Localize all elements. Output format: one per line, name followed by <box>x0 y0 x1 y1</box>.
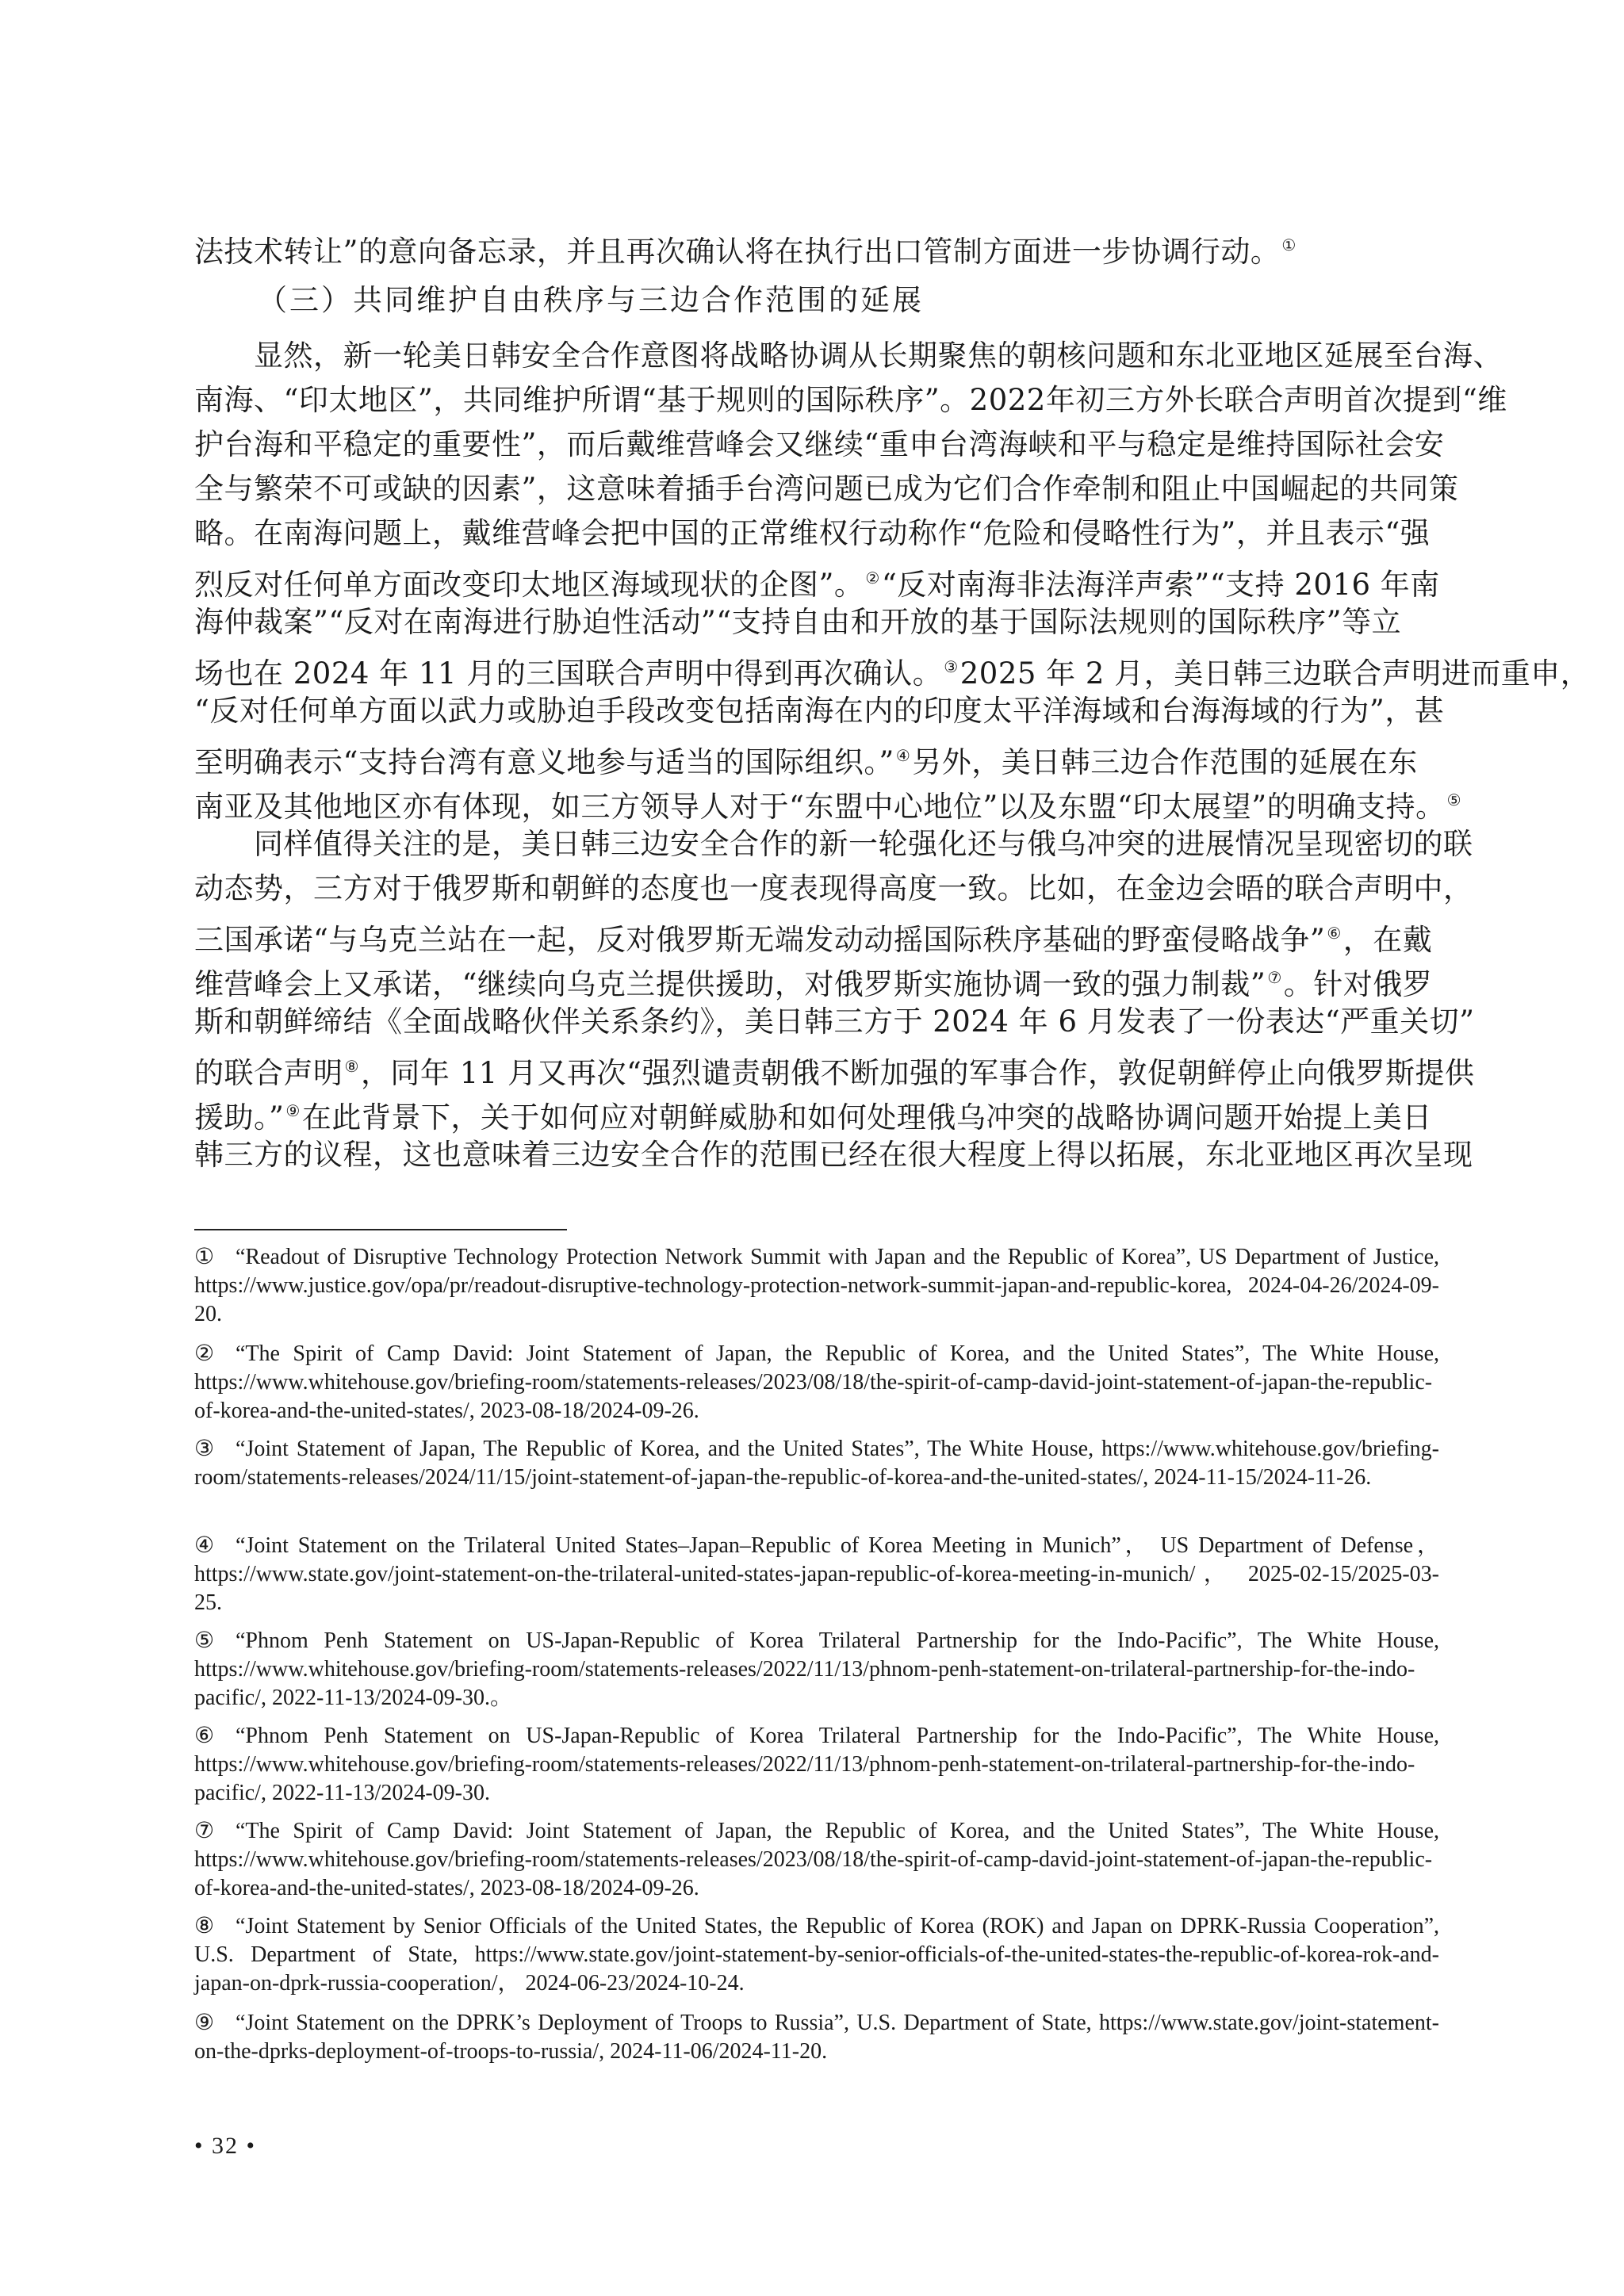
section-heading: （三）共同维护自由秩序与三边合作范围的延展 <box>258 283 924 318</box>
footnote-ref-7[interactable]: ⑦ <box>1267 968 1281 987</box>
footnote-4: ④“Joint Statement on the Trilateral Unit… <box>194 1532 1439 1617</box>
paragraph-1-line-6: 烈反对任何单方面改变印太地区海域现状的企图”。②“反对南海非法海洋声索”“支持 … <box>194 561 1439 603</box>
footnote-mark: ② <box>194 1340 236 1368</box>
paragraph-2-line-2: 动态势，三方对于俄罗斯和朝鲜的态度也一度表现得高度一致。比如，在金边会晤的联合声… <box>194 871 1439 906</box>
footnote-9: ⑨“Joint Statement on the DPRK’s Deployme… <box>194 2009 1439 2066</box>
footnote-mark: ③ <box>194 1435 236 1464</box>
footnote-6: ⑥“Phnom Penh Statement on US-Japan-Repub… <box>194 1722 1439 1808</box>
footnote-mark: ⑤ <box>194 1627 236 1655</box>
paragraph-1-line-11: 南亚及其他地区亦有体现，如三方领导人对于“东盟中心地位”以及东盟“印太展望”的明… <box>194 783 1439 825</box>
footnote-ref-3[interactable]: ③ <box>944 657 958 676</box>
paragraph-1-line-4: 全与繁荣不可或缺的因素”，这意味着插手台湾问题已成为它们合作牵制和阻止中国崛起的… <box>194 472 1439 507</box>
paragraph-1-line-2: 南海、“印太地区”，共同维护所谓“基于规则的国际秩序”。2022年初三方外长联合… <box>194 383 1439 418</box>
paragraph-2-line-5: 斯和朝鲜缔结《全面战略伙伴关系条约》，美日韩三方于 2024 年 6 月发表了一… <box>194 1004 1439 1039</box>
footnote-7: ⑦“The Spirit of Camp David: Joint Statem… <box>194 1817 1439 1903</box>
paragraph-1-line-10: 至明确表示“支持台湾有意义地参与适当的国际组织。”④另外，美日韩三边合作范围的延… <box>194 738 1439 780</box>
footnote-ref-9[interactable]: ⑨ <box>285 1101 300 1120</box>
footnote-mark: ⑧ <box>194 1912 236 1941</box>
footnote-ref-2[interactable]: ② <box>865 568 879 587</box>
footnote-3: ③“Joint Statement of Japan, The Republic… <box>194 1435 1439 1492</box>
footnote-2: ②“The Spirit of Camp David: Joint Statem… <box>194 1340 1439 1425</box>
paragraph-1-line-1: 显然，新一轮美日韩安全合作意图将战略协调从长期聚焦的朝核问题和东北亚地区延展至台… <box>254 339 1499 373</box>
paragraph-1-line-5: 略。在南海问题上，戴维营峰会把中国的正常维权行动称作“危险和侵略性行为”，并且表… <box>194 516 1439 551</box>
footnote-5: ⑤“Phnom Penh Statement on US-Japan-Repub… <box>194 1627 1439 1712</box>
paragraph-2-line-4: 维营峰会上又承诺，“继续向乌克兰提供援助，对俄罗斯实施协调一致的强力制裁”⑦。针… <box>194 960 1439 1002</box>
paragraph-2-line-3: 三国承诺“与乌克兰站在一起，反对俄罗斯无端发动动摇国际秩序基础的野蛮侵略战争”⑥… <box>194 916 1439 958</box>
paragraph-1-line-7: 海仲裁案”“反对在南海进行胁迫性活动”“支持自由和开放的基于国际法规则的国际秩序… <box>194 605 1439 640</box>
paragraph-1-line-3: 护台海和平稳定的重要性”，而后戴维营峰会又继续“重申台湾海峡和平与稳定是维持国际… <box>194 427 1439 462</box>
paragraph-2-line-7: 援助。”⑨在此背景下，关于如何应对朝鲜威胁和如何处理俄乌冲突的战略协调问题开始提… <box>194 1093 1439 1135</box>
paragraph-2-line-1: 同样值得关注的是，美日韩三边安全合作的新一轮强化还与俄乌冲突的进展情况呈现密切的… <box>254 827 1499 862</box>
footnote-ref-5[interactable]: ⑤ <box>1447 790 1461 809</box>
footnote-mark: ⑦ <box>194 1817 236 1846</box>
body-line-1: 法技术转让”的意向备忘录，并且再次确认将在执行出口管制方面进一步协调行动。① <box>194 228 1439 270</box>
footnote-8: ⑧“Joint Statement by Senior Officials of… <box>194 1912 1439 1998</box>
paragraph-2-line-8: 韩三方的议程，这也意味着三边安全合作的范围已经在很大程度上得以拓展，东北亚地区再… <box>194 1138 1439 1173</box>
paragraph-1-line-9: “反对任何单方面以武力或胁迫手段改变包括南海在内的印度太平洋海域和台海海域的行为… <box>194 694 1439 729</box>
footnote-mark: ④ <box>194 1532 236 1560</box>
footnote-ref-6[interactable]: ⑥ <box>1327 924 1341 943</box>
footnote-ref-1[interactable]: ① <box>1281 235 1296 254</box>
footnote-mark: ① <box>194 1243 236 1272</box>
page-number: • 32 • <box>194 2133 256 2160</box>
footnote-separator <box>194 1229 567 1230</box>
footnote-mark: ⑥ <box>194 1722 236 1751</box>
footnote-1: ①“Readout of Disruptive Technology Prote… <box>194 1243 1439 1329</box>
footnote-mark: ⑨ <box>194 2009 236 2038</box>
paragraph-1-line-8: 场也在 2024 年 11 月的三国联合声明中得到再次确认。③2025 年 2 … <box>194 649 1439 691</box>
paragraph-2-line-6: 的联合声明⑧，同年 11 月又再次“强烈谴责朝俄不断加强的军事合作，敦促朝鲜停止… <box>194 1049 1439 1091</box>
footnote-ref-4[interactable]: ④ <box>896 746 910 765</box>
footnote-ref-8[interactable]: ⑧ <box>345 1057 359 1076</box>
